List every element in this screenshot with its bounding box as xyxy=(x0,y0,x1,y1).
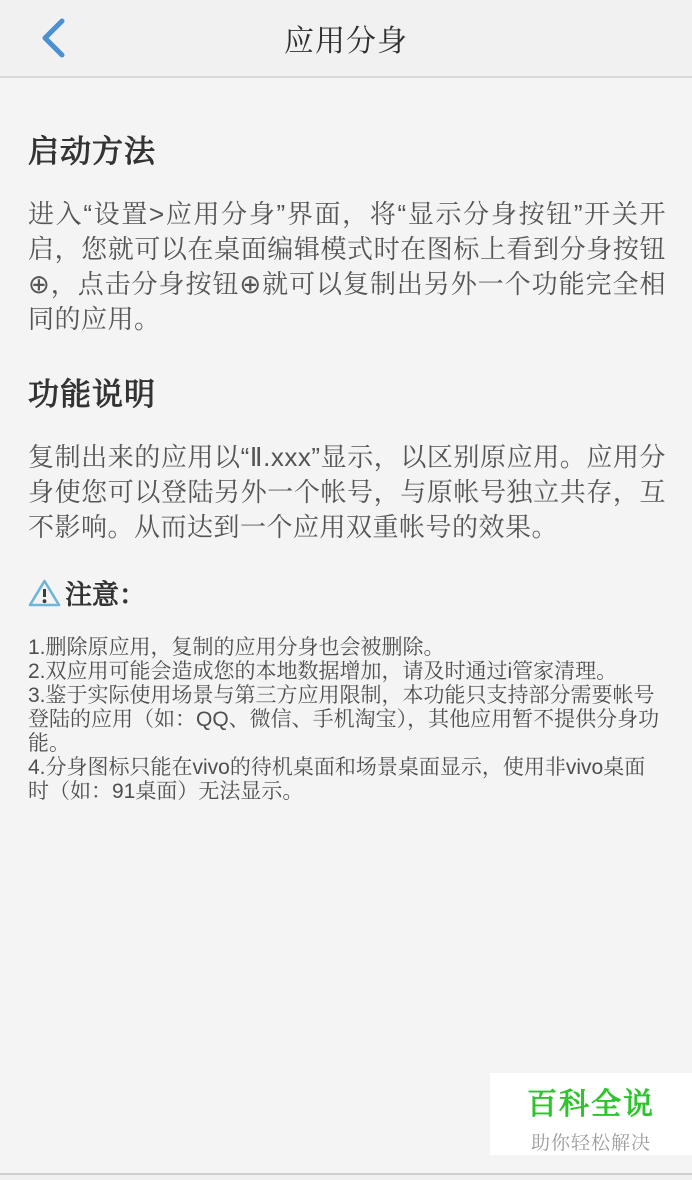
section-body-feature-description: 复制出来的应用以“Ⅱ.xxx”显示，以区别原应用。应用分身使您可以登陆另外一个帐… xyxy=(28,440,666,545)
section-heading-launch-method: 启动方法 xyxy=(28,126,666,171)
app-clone-help-screen: 应用分身 启动方法 进入“设置>应用分身”界面，将“显示分身按钮”开关开启，您就… xyxy=(0,0,692,1180)
notice-item-4: 4.分身图标只能在vivo的待机桌面和场景桌面显示，使用非vivo桌面时（如：9… xyxy=(28,756,666,804)
notice-heading: 注意： xyxy=(28,573,666,612)
notice-item-2: 2.双应用可能会造成您的本地数据增加，请及时通过i管家清理。 xyxy=(28,660,666,684)
watermark-title: 百科全说 xyxy=(490,1079,692,1123)
notice-item-1: 1.删除原应用，复制的应用分身也会被删除。 xyxy=(28,636,666,660)
notice-item-3: 3.鉴于实际使用场景与第三方应用限制，本功能只支持部分需要帐号登陆的应用（如：Q… xyxy=(28,684,666,756)
section-heading-feature-description: 功能说明 xyxy=(28,369,666,414)
section-body-launch-method: 进入“设置>应用分身”界面，将“显示分身按钮”开关开启，您就可以在桌面编辑模式时… xyxy=(28,197,666,337)
watermark-subtitle: 助你轻松解决 xyxy=(490,1128,692,1155)
watermark-badge: 百科全说 助你轻松解决 xyxy=(490,1073,692,1155)
bottom-edge-strip xyxy=(0,1173,692,1180)
help-content: 启动方法 进入“设置>应用分身”界面，将“显示分身按钮”开关开启，您就可以在桌面… xyxy=(0,126,692,804)
page-title: 应用分身 xyxy=(0,0,692,76)
header-bar: 应用分身 xyxy=(0,0,692,78)
warning-triangle-icon xyxy=(28,578,61,608)
notice-heading-label: 注意： xyxy=(65,573,146,612)
notice-list: 1.删除原应用，复制的应用分身也会被删除。 2.双应用可能会造成您的本地数据增加… xyxy=(28,636,666,804)
